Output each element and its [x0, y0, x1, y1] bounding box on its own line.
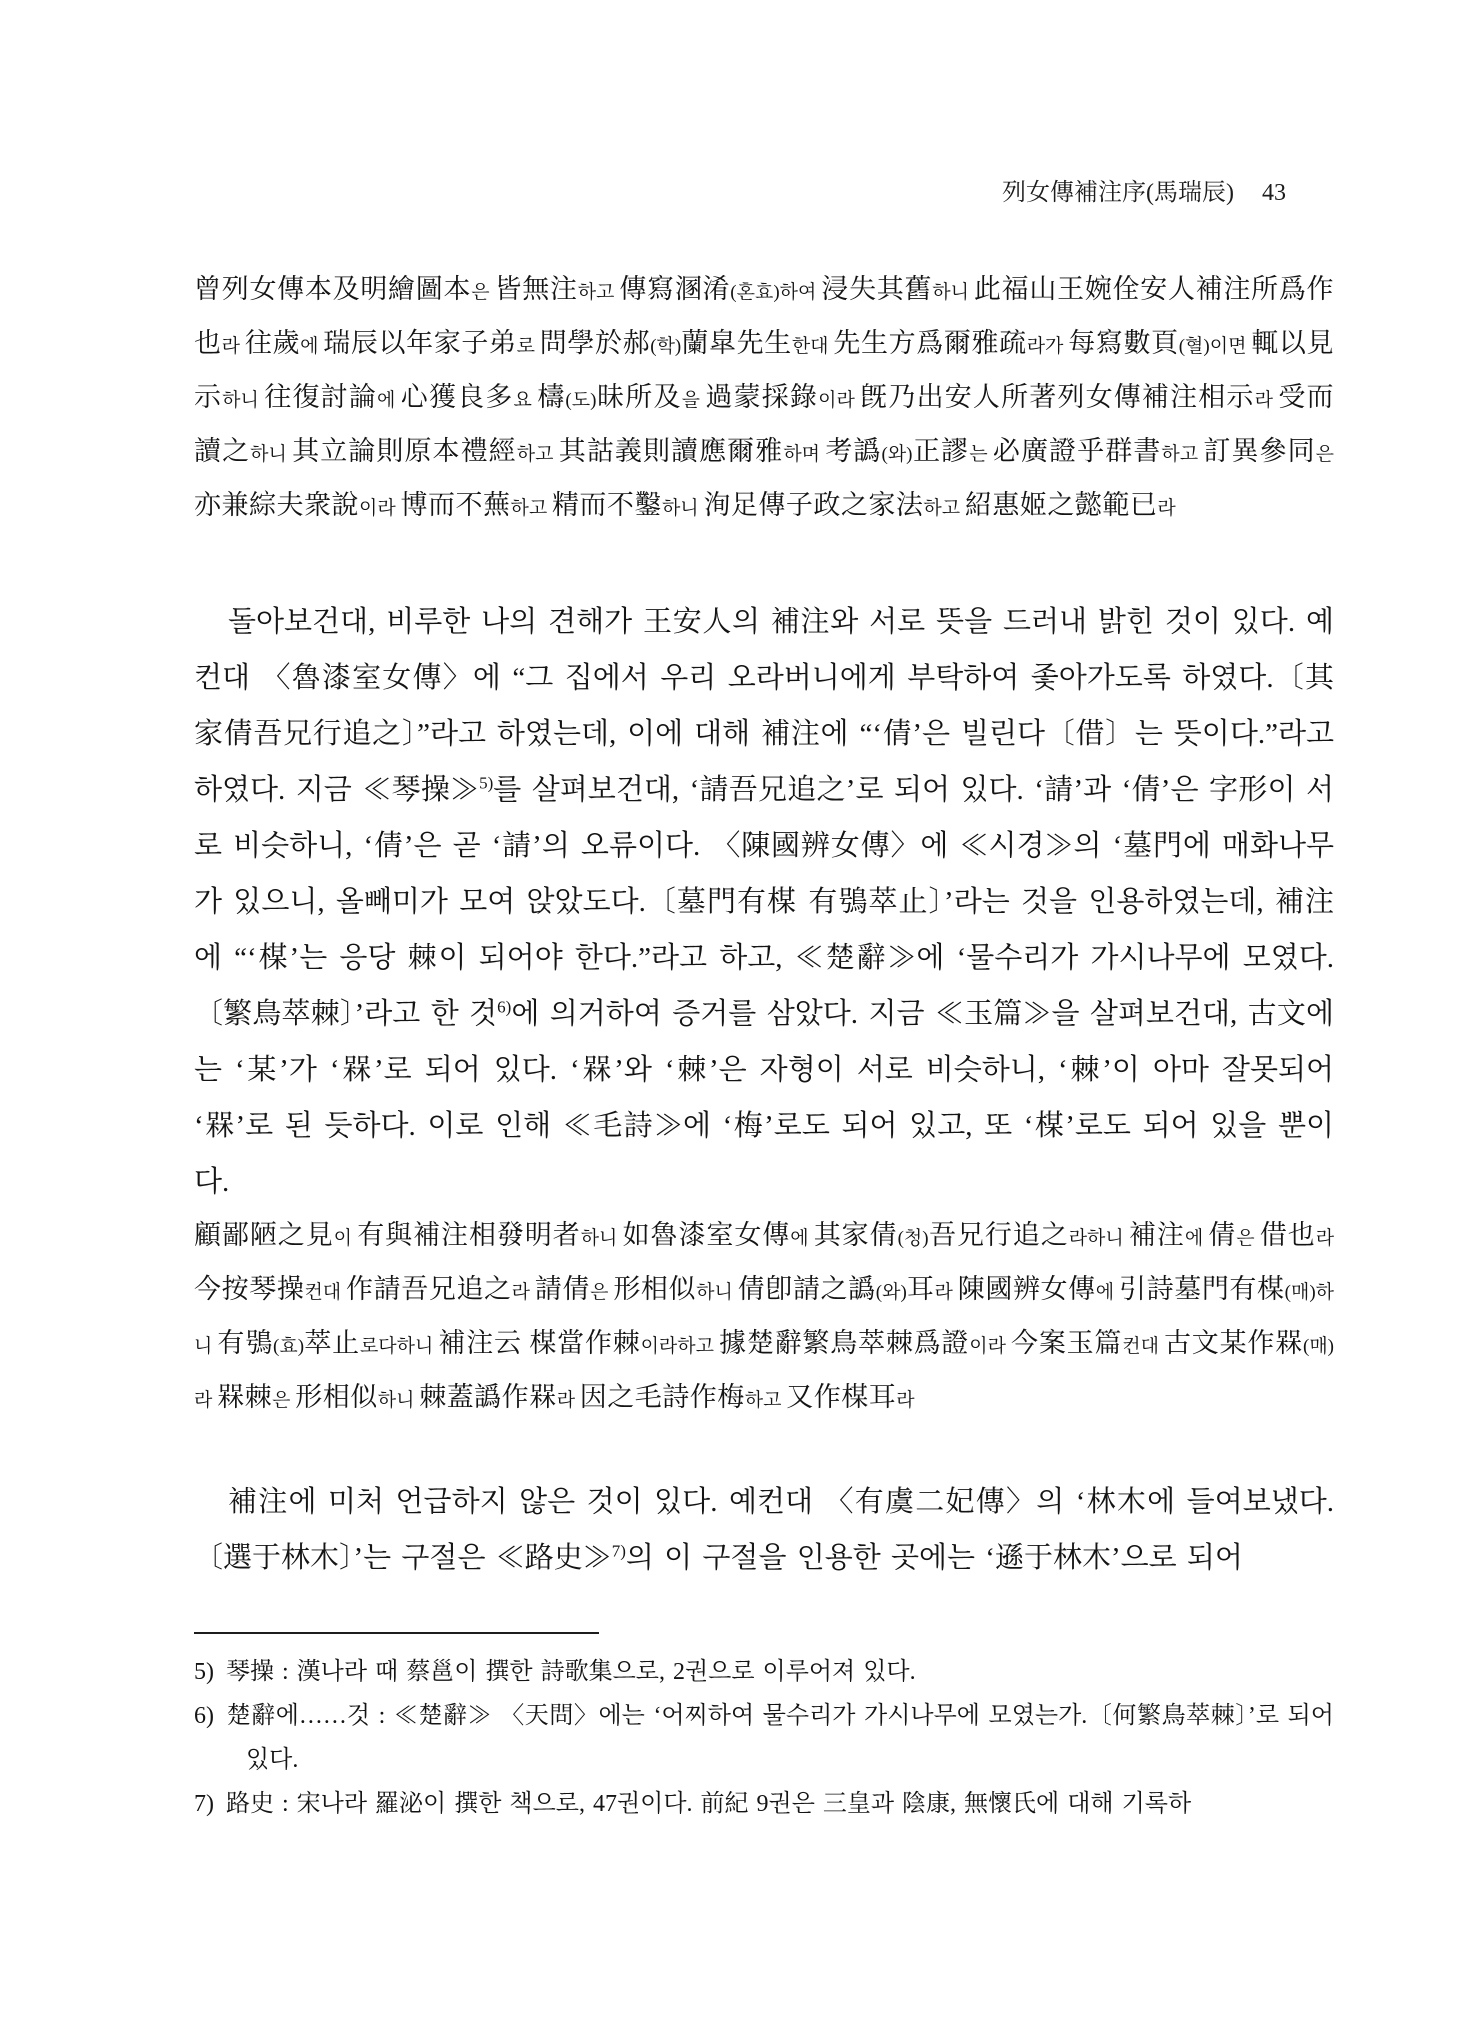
footnote-text: 琴操 : 漢나라 때 蔡邕이 撰한 詩歌集으로, 2권으로 이루어져 있다. — [226, 1659, 916, 1685]
footnote-5: 5)琴操 : 漢나라 때 蔡邕이 撰한 詩歌集으로, 2권으로 이루어져 있다. — [194, 1650, 1334, 1694]
hanmun-paragraph-1: 曾列女傳本及明繪圖本은 皆無注하고 傳寫溷淆(혼효)하여 浸失其舊하니 此福山王… — [194, 264, 1334, 534]
hanmun-paragraph-2: 顧鄙陋之見이 有與補注相發明者하니 如魯漆室女傳에 其家倩(청)吾兄行追之라하니… — [194, 1210, 1334, 1426]
running-head-title: 列女傳補注序(馬瑞辰) — [1002, 180, 1234, 206]
footnote-text: 楚辭에……것 : ≪楚辭≫ 〈天問〉에는 ‘어찌하여 물수리가 가시나무에 모였… — [226, 1703, 1334, 1773]
translation-paragraph-2: 補注에 미처 언급하지 않은 것이 있다. 예컨대 〈有虞二妃傳〉의 ‘林木에 … — [194, 1474, 1334, 1586]
footnote-label: 5) — [194, 1659, 214, 1685]
footnote-divider — [194, 1632, 599, 1634]
footnote-text: 路史 : 宋나라 羅泌이 撰한 책으로, 47권이다. 前紀 9권은 三皇과 陰… — [226, 1791, 1191, 1817]
footnote-label: 7) — [194, 1791, 214, 1817]
translation-paragraph-1: 돌아보건대, 비루한 나의 견해가 王安人의 補注와 서로 뜻을 드러내 밝힌 … — [194, 594, 1334, 1210]
footnote-label: 6) — [194, 1703, 214, 1729]
footnote-6: 6)楚辭에……것 : ≪楚辭≫ 〈天問〉에는 ‘어찌하여 물수리가 가시나무에 … — [194, 1694, 1334, 1782]
footnote-7: 7)路史 : 宋나라 羅泌이 撰한 책으로, 47권이다. 前紀 9권은 三皇과… — [194, 1782, 1334, 1826]
running-head: 列女傳補注序(馬瑞辰) 43 — [194, 180, 1334, 206]
book-page: 列女傳補注序(馬瑞辰) 43 曾列女傳本及明繪圖本은 皆無注하고 傳寫溷淆(혼효… — [0, 0, 1480, 2024]
footnotes: 5)琴操 : 漢나라 때 蔡邕이 撰한 詩歌集으로, 2권으로 이루어져 있다.… — [194, 1650, 1334, 1826]
page-number: 43 — [1262, 180, 1286, 206]
